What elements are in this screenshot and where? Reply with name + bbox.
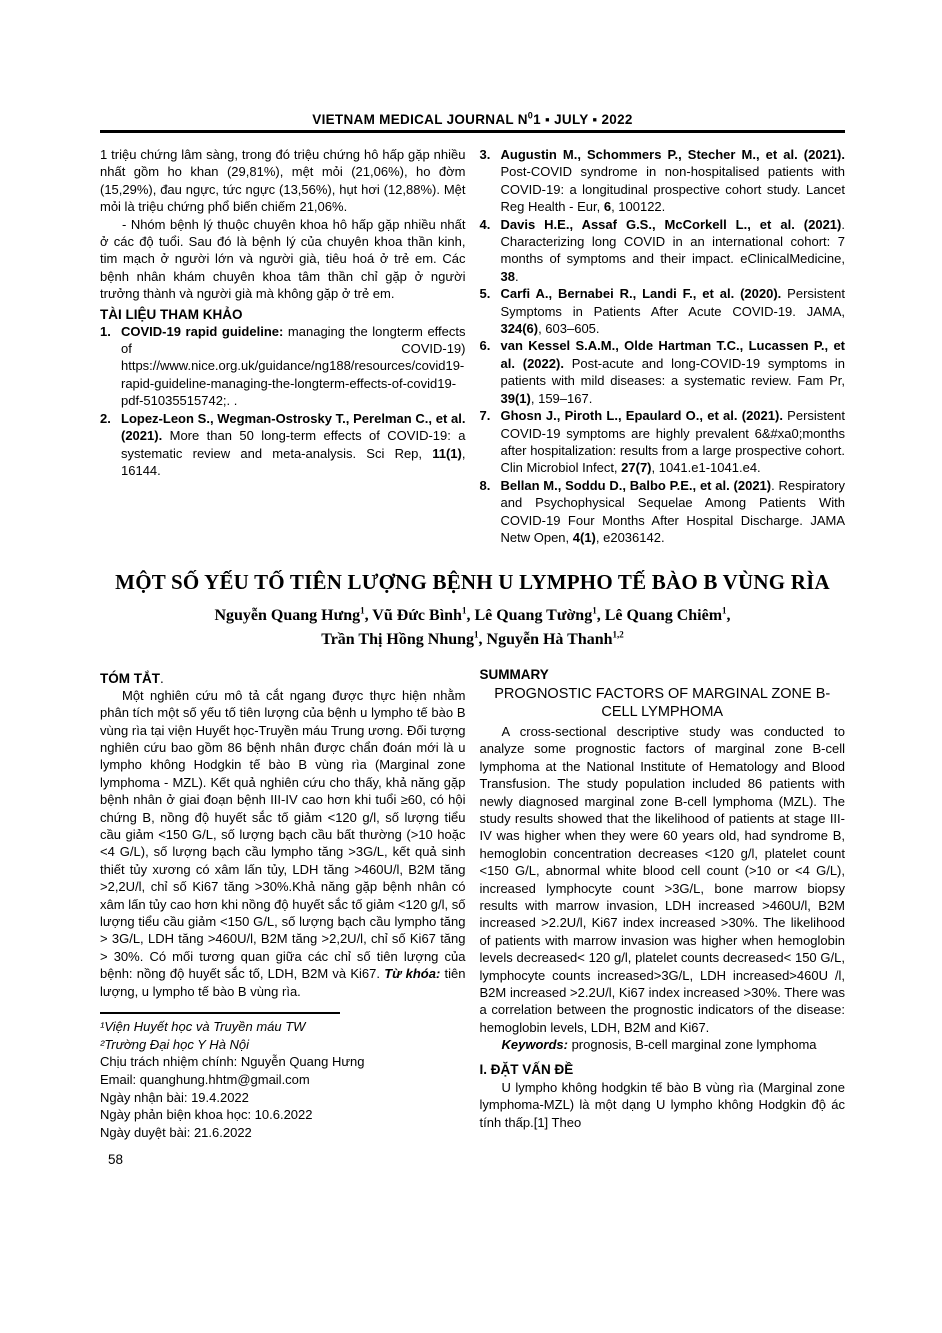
footnote-divider [100,1012,340,1014]
top-right-column: 3. Augustin M., Schommers P., Stecher M.… [480,146,846,546]
abstract-left-column: TÓM TẮT. Một nghiên cứu mô tả cắt ngang … [100,667,466,1142]
continuation-paragraph-1: 1 triệu chứng lâm sàng, trong đó triệu c… [100,146,466,216]
journal-header: VIETNAM MEDICAL JOURNAL N01 ▪ JULY ▪ 202… [100,112,845,127]
reference-number: 6. [480,337,491,354]
journal-page: VIETNAM MEDICAL JOURNAL N01 ▪ JULY ▪ 202… [0,0,942,1333]
reference-number: 2. [100,410,111,427]
reference-number: 3. [480,146,491,163]
introduction-body: U lympho không hodgkin tế bào B vùng rìa… [480,1079,846,1131]
affiliation-1: ¹Viện Huyết học và Truyền máu TW [100,1018,466,1036]
summary-keywords: Keywords: prognosis, B-cell marginal zon… [480,1036,846,1053]
reference-text: Davis H.E., Assaf G.S., McCorkell L., et… [501,217,846,284]
abstract-body: Một nghiên cứu mô tả cắt ngang được thực… [100,687,466,1000]
reference-item-5: 5. Carfi A., Bernabei R., Landi F., et a… [480,285,846,337]
article-title: MỘT SỐ YẾU TỐ TIÊN LƯỢNG BỆNH U LYMPHO T… [100,570,845,595]
reference-item-7: 7. Ghosn J., Piroth L., Epaulard O., et … [480,407,846,477]
reference-number: 7. [480,407,491,424]
authors-line-1: Nguyễn Quang Hưng1, Vũ Đức Bình1, Lê Qua… [100,604,845,627]
affiliation-2: ²Trường Đại học Y Hà Nội [100,1036,466,1054]
reference-item-1: 1. COVID-19 rapid guideline: managing th… [100,323,466,410]
reference-number: 5. [480,285,491,302]
reviewed-date: Ngày phản biện khoa học: 10.6.2022 [100,1106,466,1124]
references-heading: TÀI LIỆU THAM KHẢO [100,307,466,322]
reference-item-2: 2. Lopez-Leon S., Wegman-Ostrosky T., Pe… [100,410,466,480]
reference-number: 1. [100,323,111,340]
corresponding-author: Chịu trách nhiệm chính: Nguyễn Quang Hưn… [100,1053,466,1071]
reference-item-8: 8. Bellan M., Soddu D., Balbo P.E., et a… [480,477,846,547]
email-line: Email: quanghung.hhtm@gmail.com [100,1071,466,1089]
footnote-block: ¹Viện Huyết học và Truyền máu TW ²Trường… [100,1012,466,1142]
top-columns: 1 triệu chứng lâm sàng, trong đó triệu c… [100,146,845,546]
introduction-heading: I. ĐẶT VẤN ĐỀ [480,1062,846,1077]
reference-text: COVID-19 rapid guideline: managing the l… [121,324,466,409]
abstract-right-column: SUMMARY PROGNOSTIC FACTORS OF MARGINAL Z… [480,667,846,1142]
reference-text: Ghosn J., Piroth L., Epaulard O., et al.… [501,408,846,475]
abstract-columns: TÓM TẮT. Một nghiên cứu mô tả cắt ngang … [100,667,845,1142]
reference-text: van Kessel S.A.M., Olde Hartman T.C., Lu… [501,338,846,405]
reference-item-6: 6. van Kessel S.A.M., Olde Hartman T.C.,… [480,337,846,407]
reference-text: Carfi A., Bernabei R., Landi F., et al. … [501,286,846,336]
reference-number: 4. [480,216,491,233]
reference-item-4: 4. Davis H.E., Assaf G.S., McCorkell L.,… [480,216,846,286]
accepted-date: Ngày duyệt bài: 21.6.2022 [100,1124,466,1142]
continuation-paragraph-2: - Nhóm bệnh lý thuộc chuyên khoa hô hấp … [100,216,466,303]
summary-heading: SUMMARY [480,667,846,682]
reference-text: Lopez-Leon S., Wegman-Ostrosky T., Perel… [121,411,466,478]
top-left-column: 1 triệu chứng lâm sàng, trong đó triệu c… [100,146,466,546]
summary-body: A cross-sectional descriptive study was … [480,723,846,1036]
received-date: Ngày nhận bài: 19.4.2022 [100,1089,466,1107]
reference-item-3: 3. Augustin M., Schommers P., Stecher M.… [480,146,846,216]
page-number: 58 [108,1152,123,1167]
authors-line-2: Trần Thị Hồng Nhung1, Nguyễn Hà Thanh1,2 [100,628,845,651]
summary-subheading: PROGNOSTIC FACTORS OF MARGINAL ZONE B-CE… [486,685,840,721]
reference-text: Augustin M., Schommers P., Stecher M., e… [501,147,846,214]
reference-text: Bellan M., Soddu D., Balbo P.E., et al. … [501,478,846,545]
article-authors: Nguyễn Quang Hưng1, Vũ Đức Bình1, Lê Qua… [100,604,845,650]
abstract-heading: TÓM TẮT. [100,671,466,686]
header-divider [100,130,845,133]
page-content: VIETNAM MEDICAL JOURNAL N01 ▪ JULY ▪ 202… [0,0,942,1142]
reference-number: 8. [480,477,491,494]
